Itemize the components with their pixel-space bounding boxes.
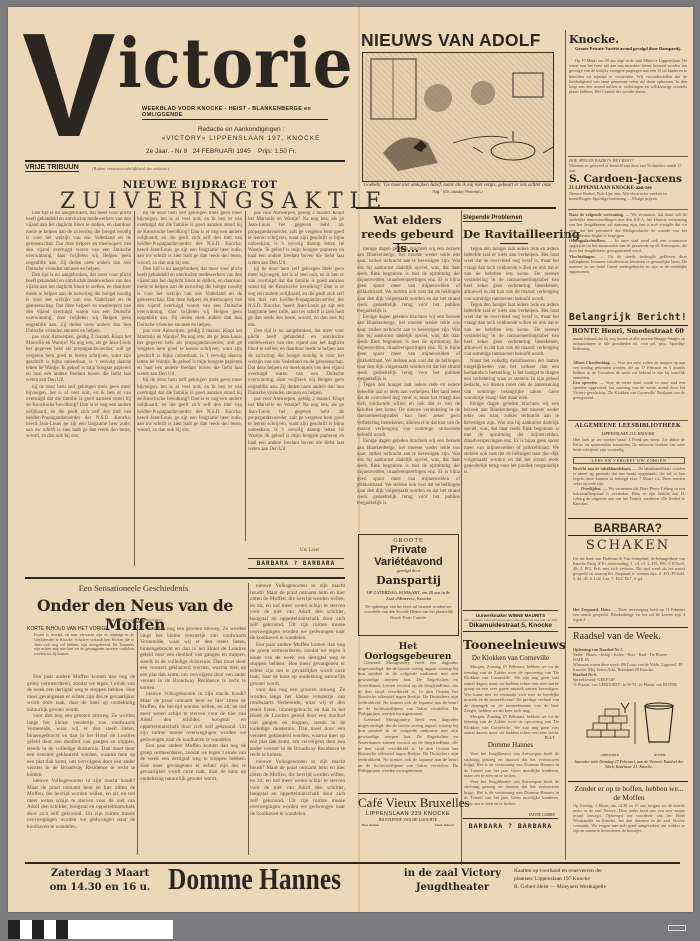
paragraph: Eenige dagen geleden brachten wij een be… <box>357 439 460 507</box>
paragraph: Eenige dagen geleden brachten wij een be… <box>464 402 559 476</box>
cafe-left: Bier denken <box>362 823 379 827</box>
raadsel-label-right: BIJTER <box>654 753 665 757</box>
bibliotheek-body: Hier kunt ge uw boeken vanaf 1 Frank per… <box>573 437 685 457</box>
editorial-address: «VICTORY» LIPPENSLAAN 197, KNOCKE <box>146 134 336 143</box>
paragraph: Eenige dagen geleden brachten wij een be… <box>357 315 460 383</box>
paragraph: Tegen den honger laat iedere rede en ied… <box>357 383 460 439</box>
footer-date-line1: Zaterdag 3 Maart <box>35 867 165 881</box>
variete-ad-box: GROOTE Private Variétéavond gevolgd door… <box>358 534 459 636</box>
paragraph: pas voor Antwerpen, geldig 2 maand. Klop… <box>248 211 344 267</box>
paragraph: Morgen, Zondag 25 Februari, hebben we to… <box>464 664 559 714</box>
item-2: Een operette. — Voor de eerste maal word… <box>573 380 685 400</box>
notice-2: Oorlogsslachtoffers. — In onze stad werd… <box>569 238 687 254</box>
footer-tickets-line1: Kaarten op voorhand en reserveeren der <box>514 867 664 875</box>
zonder-headline: Zonder er op te boffen, hebben we... de … <box>573 784 685 802</box>
schaken-body: Uit het boek van Dufresne & Van Schepdae… <box>573 556 685 606</box>
knocke-sub: Groote Private-Variété avond gevolgd doo… <box>569 46 687 52</box>
scroll-handle-icon[interactable] <box>668 925 686 931</box>
schaken-club: Het Zeepaard, Heist. — Deze vereeniging … <box>573 607 685 624</box>
adolf-headline: NIEUWS VAN ADOLF <box>361 30 556 51</box>
vrije-tribuun-label: VRIJE TRIBUUN <box>25 164 79 172</box>
cafe-footer: Bier denkenDank Infrastr <box>358 822 458 828</box>
paragraph: nieuwe Volksgenooten in zijn macht houdt… <box>250 583 345 642</box>
bibliotheek-address: LIPPENSLAAN 213, KNOCKE <box>569 431 687 436</box>
caption-credit: (Uit «Sunday Pictorial») <box>443 189 483 194</box>
paragraph: Voor het Jeugdtheater van Antwerpen heef… <box>464 751 559 779</box>
paragraph: Een paar andere Moffen komen dan nog de … <box>140 743 246 782</box>
uurwerk-address: Dikamuidestraat 5, Knocke <box>463 622 558 629</box>
issue-price: Prijs: 1.50 Fr. <box>258 148 296 155</box>
scale-block <box>32 920 44 939</box>
cardoen-ad: HOE SPELEN RADIO'S HET BEST? Wanneer ze … <box>569 158 687 201</box>
raadsel-label-left: GEBOORTE <box>601 753 619 757</box>
footer-venue-line2: Jeugdtheater <box>395 881 510 895</box>
section-rule <box>568 627 688 628</box>
feuilleton-kicker: Een Sensationeele Geschiedenis <box>26 583 241 593</box>
tooneel-sub: De Klokken van Corneville <box>463 654 558 662</box>
footer-date-line2: om 14.30 en 16 u. <box>35 881 165 895</box>
footer-venue-line1: in de zaal Victory <box>395 867 510 881</box>
masthead-title: ictorie <box>118 34 353 94</box>
paragraph: pas voor Antwerpen, geldig 2 maand. Klop… <box>248 397 344 453</box>
paragraph: Een paar andere Moffen komen dan nog de … <box>250 642 345 688</box>
cafe-right: Dank Infrastr <box>435 823 454 827</box>
variete-when: OP ZATERDAG 10 MAART, om 20 uur in de Za… <box>363 590 454 601</box>
raadsel-winners: Winnaars waren deze week: Mr Louis van d… <box>573 662 685 672</box>
column-divider <box>565 30 566 860</box>
tabak-item: Bericht aan de tabakhandelaars. — De tab… <box>573 466 685 486</box>
cartoon-illustration-icon <box>363 53 553 181</box>
section-rule <box>568 518 688 519</box>
footer-title: Domme Hannes <box>168 861 341 897</box>
raadsel-solution: Vader - Blauw - Schip - Kolen - Rots - B… <box>573 652 685 662</box>
bibliotheek-title: ALGEMEENE LEESBIBLIOTHEEK <box>569 423 687 429</box>
zuivering-signature: Uw Lezer <box>300 548 320 553</box>
section-rule <box>568 156 688 157</box>
paragraph: Naast het volledig mobiliseeren der laat… <box>464 359 559 402</box>
adolf-cartoon-image <box>362 52 554 182</box>
paragraph: Op 10 Maart om 20 uur stipt in de zaal M… <box>569 58 687 94</box>
cafe-name: Café Vieux Bruxelles <box>358 795 458 811</box>
paragraph: Voor het Jeugdtheater van Antwerpen heef… <box>464 779 559 807</box>
paragraph: pas voor Antwerpen, geldig 2 maand. Klop… <box>137 329 242 379</box>
barbara-teaser-2: BARBARA ? BARBARA <box>463 818 558 830</box>
paragraph: bij de door hem zelf gekregen titels gee… <box>137 378 242 434</box>
variete-headline-2: Danspartij <box>359 574 458 587</box>
footer-venue: in de zaal Victory Jeugdtheater <box>395 867 510 895</box>
short-rule <box>393 243 421 244</box>
zuivering-col1: Den tijd is nu aangebroken, dat meer voo… <box>26 211 131 566</box>
feuilleton-summary: Ernest is bevrijd, en naar verwacht zijn… <box>34 633 134 671</box>
feuilleton-byline: door ROGER VAN GEERTRUYDEN <box>26 618 244 622</box>
variete-sub: gevolgd door <box>359 568 458 573</box>
tooneel-sub-2: Domme Hannes <box>463 741 558 749</box>
adolf-caption: Goebels: 'Ge moet niet omkijken Adolf, m… <box>360 183 555 196</box>
footer-tickets-line2: plaatsen: Lippenslaan 197 Knocke <box>514 875 664 883</box>
short-rule <box>500 243 528 244</box>
bricks-and-glass-icon <box>583 700 683 752</box>
paragraph: voor dan nog een grooten omweg. Ze worde… <box>140 626 246 691</box>
overlijden-item: Overlijden. — We vernemen dat Heer Pierr… <box>573 486 685 506</box>
vrije-tribuun-note: (Buiten verantwoordelijkheid der redacti… <box>92 166 169 171</box>
paragraph: voor dan nog een grooten omweg. Ze worde… <box>27 713 135 778</box>
section-rule <box>568 781 688 782</box>
ravitailleering-headline: De Ravitailleering <box>463 227 563 241</box>
scale-block <box>20 920 32 939</box>
belangrijk-items: Albert I herdenking. — Voor het eerst zu… <box>573 360 685 422</box>
footer-date: Zaterdag 3 Maart om 14.30 en 16 u. <box>35 867 165 895</box>
cardoen-extra: Nieuwe Radios, Pick-Ups, enz. Alle elect… <box>569 191 687 201</box>
scale-block <box>56 920 68 939</box>
knocke-body: Op 10 Maart om 20 uur stipt in de zaal M… <box>569 58 687 155</box>
column-divider <box>134 211 135 566</box>
tooneel-body: Morgen, Zondag 25 Februari, hebben we to… <box>464 664 559 734</box>
ravitailleering-body: Tegen den honger laat iedere rede en ied… <box>464 247 559 530</box>
tooneel-body-2: Voor het Jeugdtheater van Antwerpen heef… <box>464 751 559 813</box>
barbara-teaser-1: BARBARA ? BARBARA <box>248 558 344 569</box>
paragraph: Eenige dagen geleden brachten wij een be… <box>357 247 460 315</box>
notice-1: Naar de volgende vertooning. — We vernam… <box>569 212 687 238</box>
section-rule <box>568 325 688 326</box>
cardoen-name: S. Cardoen-Jacxens <box>569 173 687 186</box>
raadsel-content: Oplossing van Raadsel Nr 5. Vader - Blau… <box>573 647 685 687</box>
raadsel-labels: GEBOORTEBIJTER <box>583 753 683 757</box>
paragraph: Den tijd is nu aangebroken, dat meer voo… <box>26 211 131 273</box>
ravitailleering-kicker: Slepende Problemen <box>463 215 522 222</box>
raadsel-next-2: 1e Plaatje, van GEBOORTE: in W-Vl. 2e Pl… <box>573 682 685 687</box>
scale-block <box>8 920 20 939</box>
paragraph: Generaal Montgomery heeft een dagorder u… <box>358 660 458 717</box>
issue-number: 2e Jaar. - Nr 8 <box>146 148 187 155</box>
masthead-editorial: Redactie en Aankondigingen : «VICTORY» L… <box>146 125 336 143</box>
feuilleton-summary-title: KORTE INHOUD VAN HET VORIGE <box>27 626 135 632</box>
paragraph: Morgen, Zondag 25 Februari, hebben we to… <box>464 714 559 735</box>
raadsel-deadline: Inzenden vóór Dinsdag 27 Februari, aan d… <box>573 759 685 769</box>
footer-rule <box>25 862 680 864</box>
paragraph: bij de door hem zelf gekregen titels gee… <box>137 211 242 267</box>
oorlog-headline: Het Oorlogsgebeuren <box>358 642 458 662</box>
paragraph: nieuwe Volksgenooten in zijn macht houdt… <box>140 691 246 743</box>
raadsel-headline: Raadsel van de Week. <box>573 631 661 642</box>
zuivering-col2: bij de door hem zelf gekregen titels gee… <box>137 211 242 566</box>
paragraph: bij de door hem zelf gekregen titels gee… <box>26 385 131 441</box>
column-divider <box>461 210 462 865</box>
feuilleton-col1: Een paar andere Moffen komen dan nog de … <box>27 674 135 854</box>
item-1: Albert I herdenking. — Voor het eerst zu… <box>573 360 685 380</box>
cafe-ad: Café Vieux Bruxelles LIPPENSLAAN 239 KNO… <box>358 795 458 828</box>
variete-note: De opbrengst van het feest zal besteed w… <box>363 604 454 620</box>
masthead-rule <box>25 160 345 162</box>
column-divider <box>245 211 246 541</box>
paragraph: Een paar andere Moffen komen dan nog de … <box>27 674 135 713</box>
footer-tickets-line3: R. Gobert Heist — Moeyaert Westkapelle <box>514 883 664 891</box>
masthead-issue-line: 2e Jaar. - Nr 8 24 FEBRUARI 1945 Prijs: … <box>146 148 296 155</box>
tooneel-headline: Tooneelnieuws <box>463 637 558 652</box>
bonte-body: maakt bekend dat hij nog kosten af alle … <box>573 336 685 358</box>
masthead-big-v: V <box>22 26 116 146</box>
belangrijk-headline: Belangrijk Bericht! <box>569 312 687 323</box>
wat-elders-body: Eenige dagen geleden brachten wij een be… <box>357 247 460 537</box>
barbara-big: BARBARA? <box>569 521 687 535</box>
tooneel-sign-2: TANTE CORRY <box>528 812 555 817</box>
knocke-headline: Knocke. <box>569 33 619 46</box>
schaken-headline: SCHAKEN <box>569 538 687 553</box>
feuilleton-col2: voor dan nog een grooten omweg. Ze worde… <box>140 626 246 854</box>
paragraph: Den tijd is nu aangebroken, dat meer voo… <box>248 329 344 397</box>
section-rule <box>358 793 458 794</box>
paragraph: voor dan nog een grooten omweg. Ze worde… <box>250 687 345 759</box>
tooneel-sign: R.A.T. <box>545 735 556 740</box>
column-divider <box>137 625 138 855</box>
variete-headline: Private Variétéavond <box>359 544 458 568</box>
section-rule <box>568 209 688 210</box>
section-rule <box>568 535 688 536</box>
masthead-subtitle: WEEKBLAD VOOR KNOCKE - HEIST - BLANKENBE… <box>142 106 328 120</box>
local-notices: Naar de volgende vertooning. — We vernam… <box>569 212 687 315</box>
paragraph: Tegen den honger laat iedere rede en ied… <box>464 247 559 303</box>
raadsel-picture <box>583 700 683 752</box>
paragraph: Den tijd is nu aangebroken, dat meer voo… <box>137 267 242 329</box>
notice-3: Vluchtelingen. — Uit de steeds bedrogde … <box>569 254 687 275</box>
section-rule <box>356 207 556 209</box>
issue-date: 24 FEBRUARI 1945 <box>193 148 251 155</box>
feuilleton-col3: nieuwe Volksgenooten in zijn macht houdt… <box>250 583 345 855</box>
paragraph: bij de door hem zelf gekregen titels gee… <box>248 267 344 329</box>
paragraph: nieuwe Volksgenooten in zijn macht houdt… <box>27 778 135 830</box>
zonder-body: Op Zondag, 4 Maart, om 14.30 en 15 uur, … <box>573 803 685 855</box>
scale-block <box>68 920 173 939</box>
paragraph: Tegen den honger laat iedere rede en ied… <box>464 303 559 359</box>
cardoen-line: Wanneer ze geleverd of hersteld zijn doo… <box>569 163 687 173</box>
paragraph: nieuwe Volksgenooten in zijn macht houdt… <box>250 759 345 818</box>
section-rule <box>25 577 345 579</box>
section-rule <box>568 420 688 421</box>
scale-block <box>44 920 56 939</box>
oorlog-body: Generaal Montgomery heeft een dagorder u… <box>358 660 458 790</box>
uurwerk-ad: Uurwerkmaker WINNE MAURITS Alle reparati… <box>463 610 558 632</box>
paragraph: Generaal Montgomery heeft een dagorder u… <box>358 717 458 774</box>
column-divider <box>248 583 249 855</box>
bonte-title: BONTE Henri, Smedestraat 60 <box>569 327 687 335</box>
paragraph: pas voor Antwerpen, geldig 2 maand. Klop… <box>26 335 131 385</box>
paragraph: Den tijd is nu aangebroken, dat meer voo… <box>26 273 131 335</box>
bibliotheek-slogan: LEES EN VERGEET UW ZORGEN <box>573 457 685 464</box>
footer-tickets: Kaarten op voorhand en reserveeren der p… <box>514 867 664 891</box>
tabak-notice: Bericht aan de tabakhandelaars. — De tab… <box>573 466 685 516</box>
editorial-line: Redactie en Aankondigingen : <box>146 125 336 134</box>
zuivering-col3: pas voor Antwerpen, geldig 2 maand. Klop… <box>248 211 344 541</box>
